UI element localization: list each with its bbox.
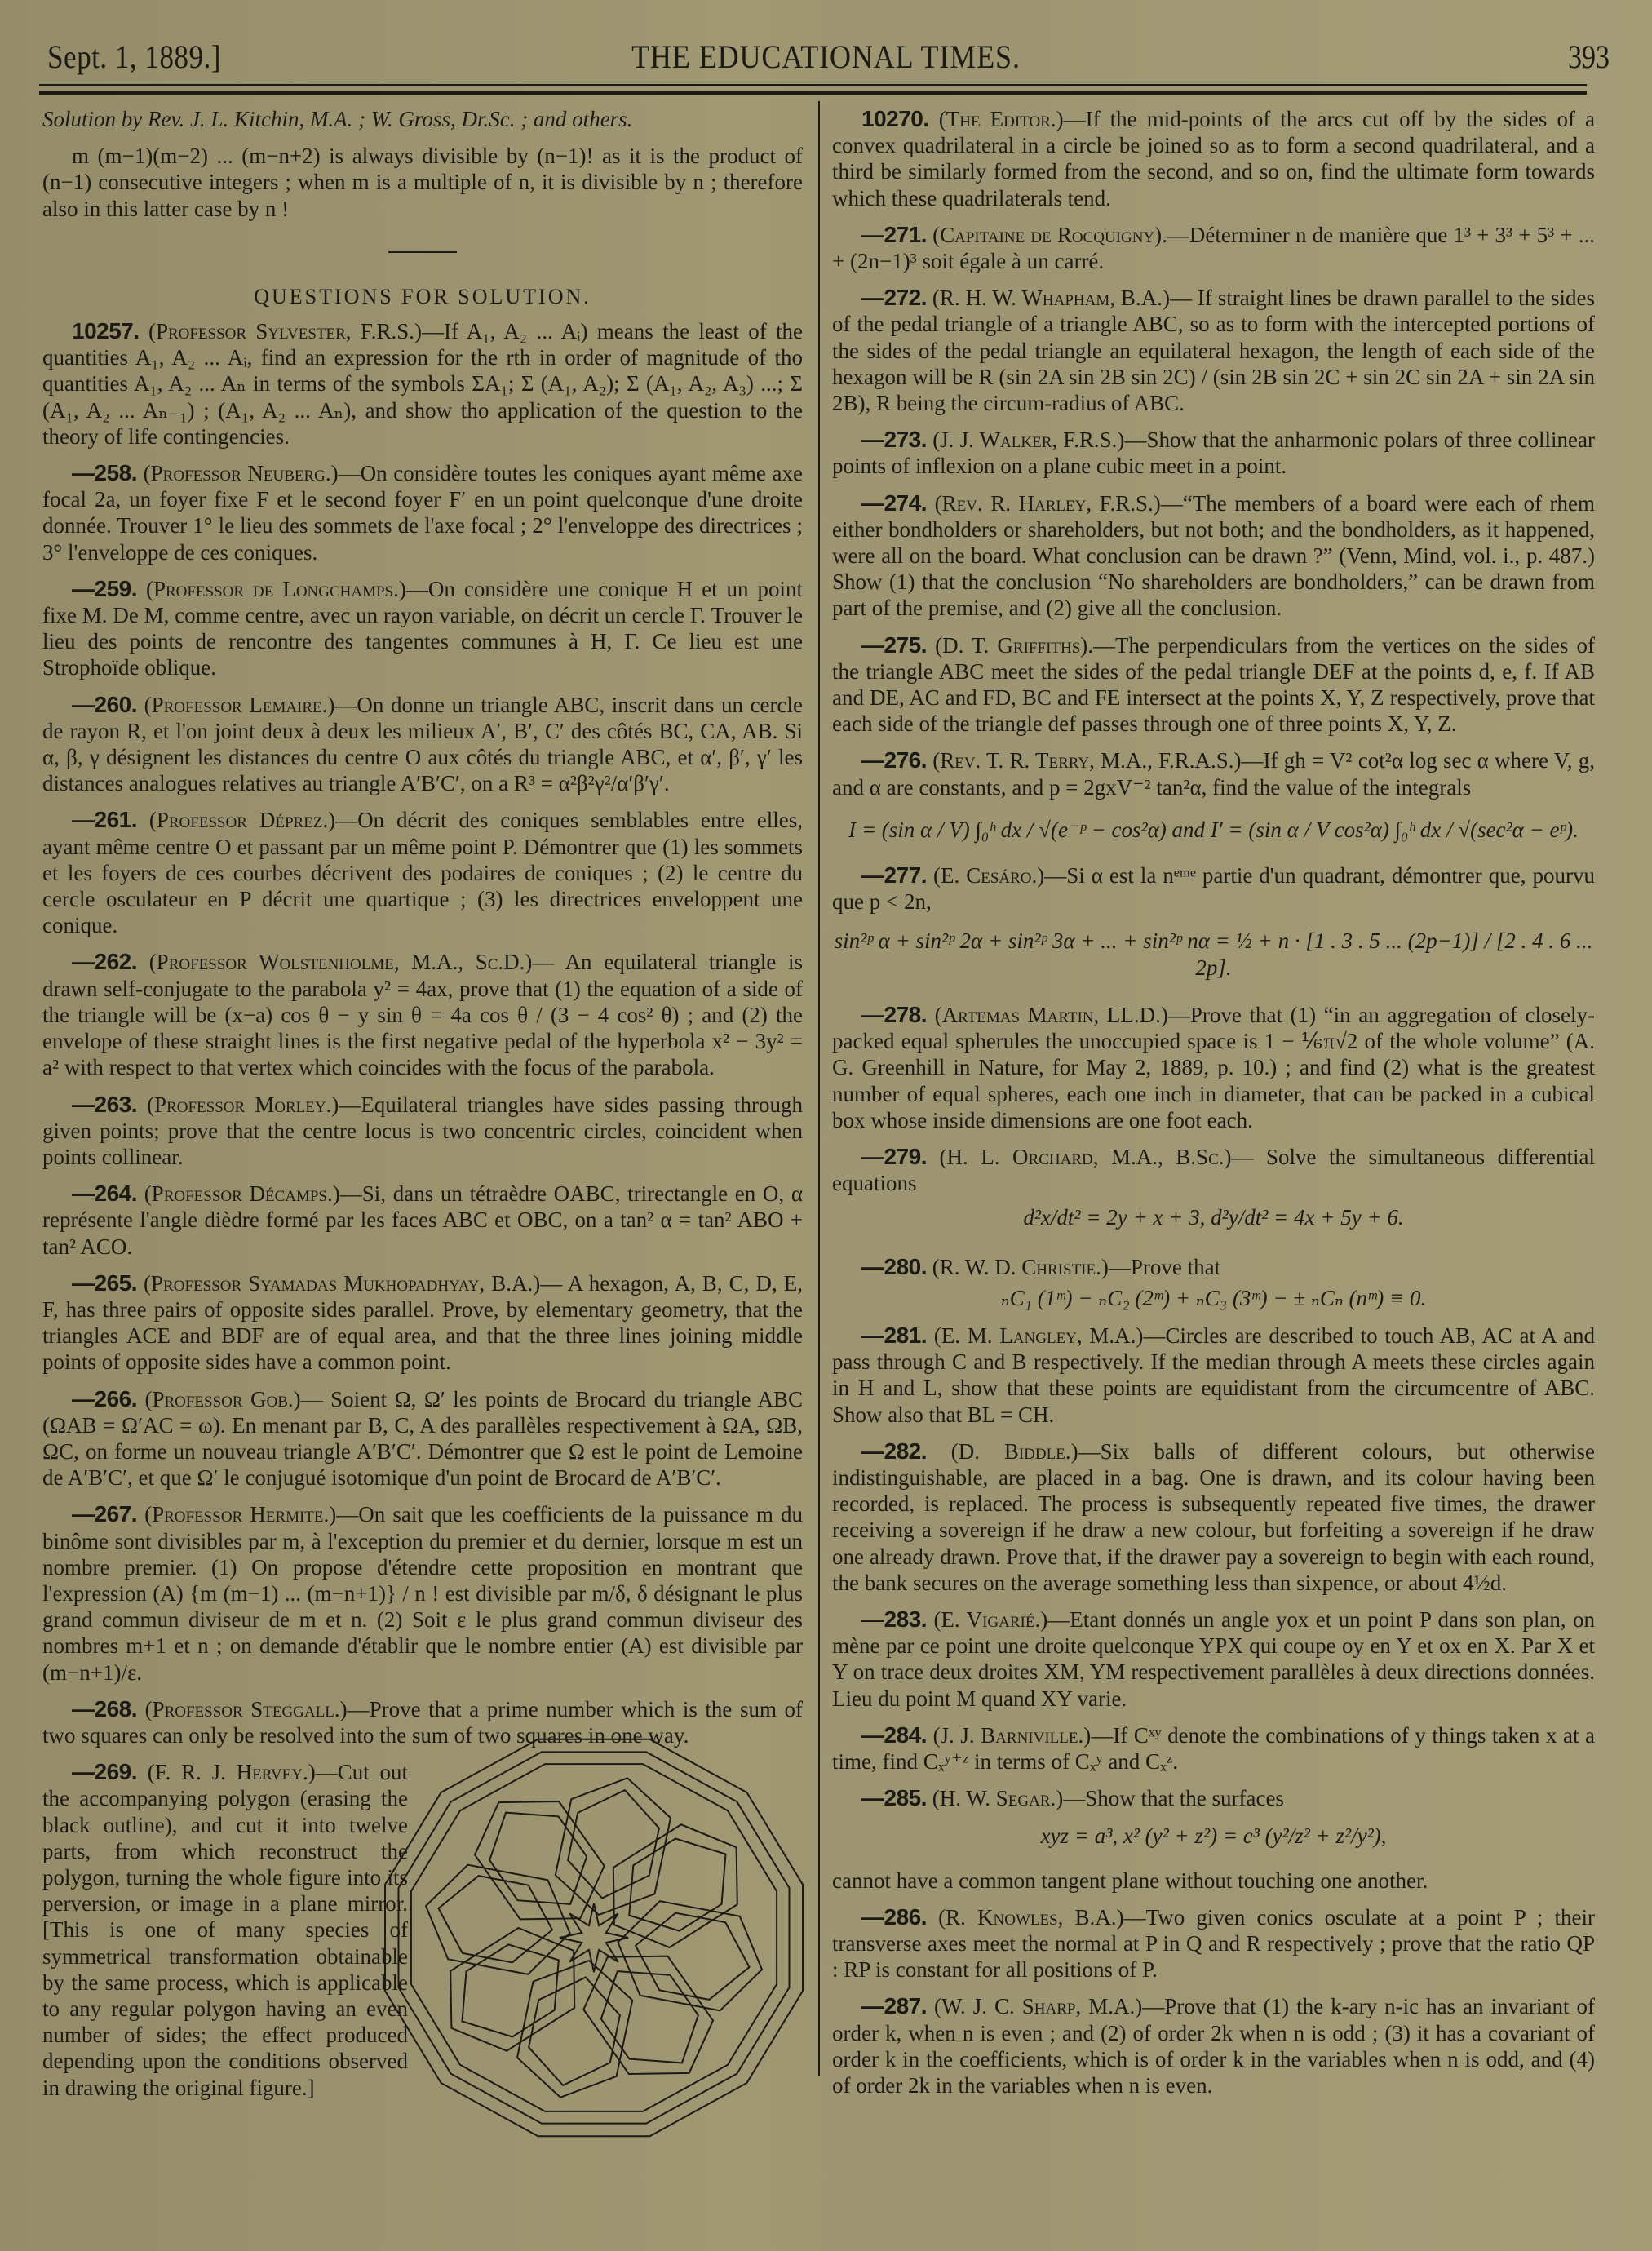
page-number: 393 — [1568, 38, 1610, 76]
question-number: —286. — [861, 1904, 927, 1930]
question-260: —260. (Professor Lemaire.)—On donne un t… — [42, 692, 803, 797]
question-number: —275. — [861, 632, 927, 658]
question-number: —266. — [72, 1386, 137, 1411]
question-number: —269. — [72, 1759, 137, 1784]
question-number: —287. — [861, 1993, 927, 2018]
question-author: (E. M. Langley, M.A.) — [934, 1323, 1144, 1348]
question-author: (H. W. Segar.) — [932, 1786, 1064, 1810]
question-number: —268. — [72, 1696, 137, 1721]
question-author: (Rev. T. R. Terry, M.A., F.R.A.S.) — [932, 748, 1241, 773]
question-10270: 10270. (The Editor.)—If the mid-points o… — [832, 106, 1595, 211]
question-number: —274. — [861, 490, 927, 516]
question-number: —267. — [72, 1501, 137, 1527]
right-column: 10270. (The Editor.)—If the mid-points o… — [832, 106, 1595, 2109]
question-author: (D. Biddle.) — [951, 1439, 1078, 1464]
question-284: —284. (J. J. Barniville.)—If Cˣʸ denote … — [832, 1722, 1595, 1775]
question-number: 10270. — [861, 106, 929, 131]
question-285: —285. (H. W. Segar.)—Show that the surfa… — [832, 1785, 1595, 1811]
question-number: —284. — [861, 1722, 927, 1748]
question-author: (R. Knowles, B.A.) — [938, 1905, 1123, 1930]
question-number: —259. — [72, 576, 137, 601]
question-author: (Professor Syamadas Mukhopadhyay, B.A.) — [144, 1271, 540, 1296]
section-divider — [388, 251, 457, 253]
question-271: —271. (Capitaine de Rocquigny).—Détermin… — [832, 222, 1595, 274]
question-author: (D. T. Griffiths). — [935, 633, 1093, 658]
question-author: (Professor Morley.) — [147, 1092, 339, 1117]
question-author: (The Editor.) — [939, 107, 1064, 131]
question-author: (E. Cesáro.) — [933, 863, 1044, 888]
equation-280: ₙC₁ (1ᵐ) − ₙC₂ (2ᵐ) + ₙC₃ (3ᵐ) − ± ₙCₙ (… — [832, 1285, 1595, 1311]
question-number: —281. — [861, 1323, 927, 1348]
question-author: (Professor de Longchamps.) — [146, 577, 406, 601]
question-280: —280. (R. W. D. Christie.)—Prove that — [832, 1254, 1595, 1280]
question-author: (W. J. C. Sharp, M.A.) — [934, 1994, 1142, 2018]
question-author: (Professor Neuberg.) — [144, 461, 339, 485]
question-263: —263. (Professor Morley.)—Equilateral tr… — [42, 1092, 803, 1171]
equation-279: d²x/dt² = 2y + x + 3, d²y/dt² = 4x + 5y … — [832, 1201, 1595, 1242]
equation-285: xyz = a³, x² (y² + z²) = c³ (y²/z² + z²/… — [832, 1816, 1595, 1855]
publication-title: THE EDUCATIONAL TIMES. — [121, 38, 1531, 76]
question-286: —286. (R. Knowles, B.A.)—Two given conic… — [832, 1904, 1595, 1983]
question-279: —279. (H. L. Orchard, M.A., B.Sc.)— Solv… — [832, 1144, 1595, 1196]
question-author: (Capitaine de Rocquigny). — [932, 223, 1167, 247]
question-281: —281. (E. M. Langley, M.A.)—Circles are … — [832, 1323, 1595, 1428]
question-287: —287. (W. J. C. Sharp, M.A.)—Prove that … — [832, 1993, 1595, 2098]
question-266: —266. (Professor Gob.)— Soient Ω, Ω′ les… — [42, 1386, 803, 1491]
question-number: —277. — [861, 862, 927, 888]
question-author: (F. R. J. Hervey.) — [148, 1760, 316, 1784]
newspaper-page: Sept. 1, 1889.] THE EDUCATIONAL TIMES. 3… — [0, 0, 1652, 2251]
question-number: 10257. — [72, 318, 140, 343]
question-282: —282. (D. Biddle.)—Six balls of differen… — [832, 1438, 1595, 1596]
question-author: (J. J. Walker, F.R.S.) — [932, 428, 1124, 452]
question-277: —277. (E. Cesáro.)—Si α est la nᵉᵐᵉ part… — [832, 862, 1595, 915]
question-number: —285. — [861, 1785, 927, 1810]
equation-276: I = (sin α / V) ∫₀ʰ dx / √(e⁻ᵖ − cos²α) … — [832, 805, 1595, 851]
question-number: —276. — [861, 747, 927, 773]
polygon-figure — [365, 1717, 822, 2158]
question-text: —Cut out the accompanying polygon (erasi… — [42, 1760, 408, 2099]
question-author: (Professor Sylvester, F.R.S.) — [148, 319, 422, 343]
question-number: —262. — [72, 949, 137, 974]
question-author: (Professor Gob.) — [144, 1387, 300, 1411]
question-261: —261. (Professor Déprez.)—On décrit des … — [42, 807, 803, 938]
question-text: —Prove that — [1109, 1255, 1220, 1279]
question-274: —274. (Rev. R. Harley, F.R.S.)—“The memb… — [832, 490, 1595, 622]
question-267: —267. (Professor Hermite.)—On sait que l… — [42, 1501, 803, 1685]
question-276: —276. (Rev. T. R. Terry, M.A., F.R.A.S.)… — [832, 747, 1595, 800]
question-author: (Professor Hermite.) — [144, 1502, 336, 1527]
dodecagon-rosette-icon — [365, 1717, 822, 2158]
question-number: —261. — [72, 807, 137, 832]
question-265: —265. (Professor Syamadas Mukhopadhyay, … — [42, 1270, 803, 1376]
question-number: —273. — [861, 427, 927, 452]
question-number: —265. — [72, 1270, 137, 1296]
question-author: (Professor Wolstenholme, M.A., Sc.D.) — [149, 950, 533, 974]
question-author: (Professor Décamps.) — [144, 1181, 340, 1206]
section-title: QUESTIONS FOR SOLUTION. — [42, 284, 803, 310]
question-number: —282. — [861, 1438, 927, 1464]
question-author: (H. L. Orchard, M.A., B.Sc.) — [940, 1145, 1232, 1169]
question-275: —275. (D. T. Griffiths).—The perpendicul… — [832, 632, 1595, 738]
question-number: —280. — [861, 1254, 927, 1279]
question-author: (Professor Déprez.) — [149, 808, 335, 832]
question-number: —260. — [72, 692, 137, 717]
question-262: —262. (Professor Wolstenholme, M.A., Sc.… — [42, 949, 803, 1080]
question-number: —278. — [861, 1002, 927, 1027]
question-278: —278. (Artemas Martin, LL.D.)—Prove that… — [832, 1002, 1595, 1133]
question-number: —279. — [861, 1144, 927, 1169]
question-author: (J. J. Barniville.) — [933, 1723, 1092, 1748]
question-269-text: —269. (F. R. J. Hervey.)—Cut out the acc… — [42, 1759, 408, 2101]
question-text: —Six balls of different colours, but oth… — [832, 1439, 1595, 1595]
question-author: (R. W. D. Christie.) — [932, 1255, 1109, 1279]
header-rule-thin — [39, 84, 1587, 86]
question-number: —271. — [861, 222, 927, 247]
solution-text: m (m−1)(m−2) ... (m−n+2) is always divis… — [42, 143, 803, 222]
question-author: (E. Vigarié.) — [933, 1607, 1047, 1632]
question-author: (R. H. W. Whapham, B.A.) — [932, 286, 1170, 310]
question-text: —On sait que les coefficients de la puis… — [42, 1502, 803, 1684]
question-283: —283. (E. Vigarié.)—Etant donnés un angl… — [832, 1606, 1595, 1712]
question-author: (Professor Lemaire.) — [144, 693, 335, 717]
question-272: —272. (R. H. W. Whapham, B.A.)— If strai… — [832, 285, 1595, 416]
question-258: —258. (Professor Neuberg.)—On considère … — [42, 460, 803, 565]
question-author: (Artemas Martin, LL.D.) — [935, 1003, 1168, 1027]
question-text: —Show that the surfaces — [1063, 1786, 1284, 1810]
question-285-continued: cannot have a common tangent plane witho… — [832, 1868, 1595, 1894]
question-10257: 10257. (Professor Sylvester, F.R.S.)—If … — [42, 318, 803, 450]
question-author: (Professor Steggall.) — [145, 1697, 348, 1721]
question-number: —263. — [72, 1092, 137, 1117]
question-number: —283. — [861, 1606, 927, 1632]
question-number: —258. — [72, 460, 137, 485]
question-number: —264. — [72, 1181, 137, 1206]
question-number: —272. — [861, 285, 927, 310]
equation-277: sin²ᵖ α + sin²ᵖ 2α + sin²ᵖ 3α + ... + si… — [832, 919, 1595, 990]
masthead: Sept. 1, 1889.] THE EDUCATIONAL TIMES. 3… — [42, 31, 1610, 80]
question-259: —259. (Professor de Longchamps.)—On cons… — [42, 576, 803, 681]
question-273: —273. (J. J. Walker, F.R.S.)—Show that t… — [832, 427, 1595, 479]
question-264: —264. (Professor Décamps.)—Si, dans un t… — [42, 1181, 803, 1260]
question-author: (Rev. R. Harley, F.R.S.) — [935, 491, 1161, 516]
solution-byline: Solution by Rev. J. L. Kitchin, M.A. ; W… — [42, 106, 803, 132]
header-rule-thick — [39, 91, 1587, 95]
